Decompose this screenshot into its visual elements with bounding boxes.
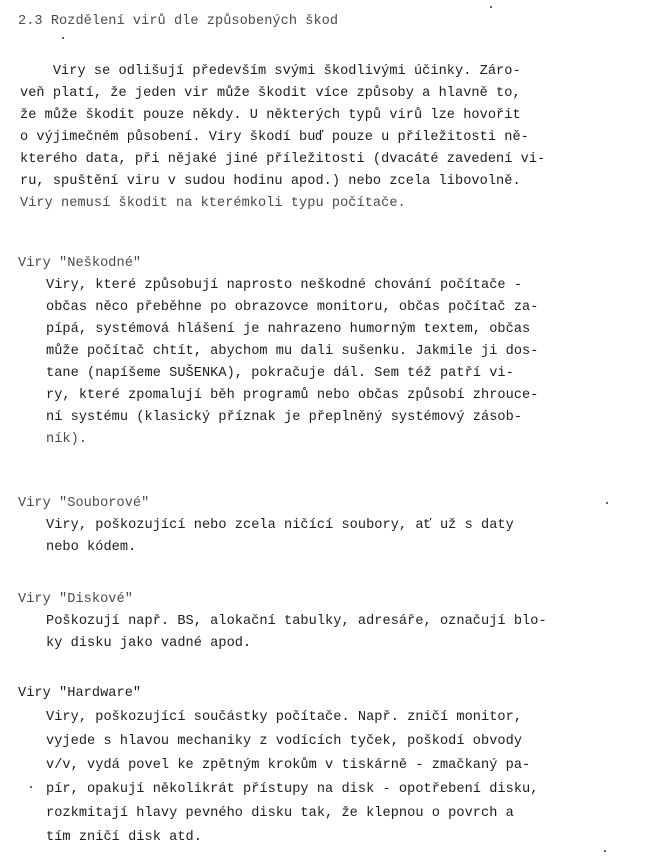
scan-speck bbox=[604, 850, 606, 852]
text-line: tím zničí disk atd. bbox=[46, 830, 202, 846]
scan-speck bbox=[606, 502, 608, 504]
section-heading: Viry "Hardware" bbox=[18, 686, 141, 702]
text-line: v/v, vydá povel ke zpětným krokům v tisk… bbox=[46, 758, 530, 774]
typewritten-page: 2.3 Rozdělení virů dle způsobených škod … bbox=[0, 0, 666, 860]
text-line: Viry nemusí škodit na kterémkoli typu po… bbox=[20, 196, 406, 212]
text-line: ník). bbox=[46, 432, 87, 448]
text-line: ry, které zpomalují běh programů nebo ob… bbox=[46, 388, 538, 404]
text-line: ní systému (klasický příznak je přeplněn… bbox=[46, 410, 522, 426]
scan-speck bbox=[490, 6, 492, 8]
text-line: veň platí, že jeden vir může škodit více… bbox=[20, 86, 521, 102]
text-line: Poškozují např. BS, alokační tabulky, ad… bbox=[46, 614, 547, 630]
text-line: pípá, systémová hlášení je nahrazeno hum… bbox=[46, 322, 530, 338]
text-line: Viry, které způsobují naprosto neškodné … bbox=[46, 278, 522, 294]
text-line: rozkmitají hlavy pevného disku tak, že k… bbox=[46, 806, 514, 822]
section-heading: Viry "Souborové" bbox=[18, 496, 149, 512]
text-line: ru, spuštění viru v sudou hodinu apod.) … bbox=[20, 174, 521, 190]
section-heading: Viry "Neškodné" bbox=[18, 256, 141, 272]
text-line: Viry, poškozující součástky počítače. Na… bbox=[46, 710, 522, 726]
section-heading: Viry "Diskové" bbox=[18, 592, 133, 608]
text-line: pír, opakují několikrát přístupy na disk… bbox=[46, 782, 538, 798]
text-line: občas něco přeběhne po obrazovce monitor… bbox=[46, 300, 538, 316]
text-line: kterého data, při nějaké jiné příležitos… bbox=[20, 152, 545, 168]
text-line: nebo kódem. bbox=[46, 540, 136, 556]
text-line: že může škodit pouze někdy. U některých … bbox=[20, 108, 521, 124]
text-line: Viry se odlišují především svými škodliv… bbox=[20, 64, 521, 80]
text-line: o výjimečném působení. Viry škodí buď po… bbox=[20, 130, 529, 146]
section-title: 2.3 Rozdělení virů dle způsobených škod bbox=[18, 14, 338, 30]
text-line: Viry, poškozující nebo zcela ničící soub… bbox=[46, 518, 514, 534]
text-line: ky disku jako vadné apod. bbox=[46, 636, 251, 652]
scan-speck bbox=[30, 786, 32, 788]
text-line: vyjede s hlavou mechaniky z vodících tyč… bbox=[46, 734, 522, 750]
text-line: může počítač chtít, abychom mu dali suše… bbox=[46, 344, 538, 360]
text-line: tane (napíšeme SUŠENKA), pokračuje dál. … bbox=[46, 366, 514, 382]
scan-speck bbox=[62, 37, 64, 39]
